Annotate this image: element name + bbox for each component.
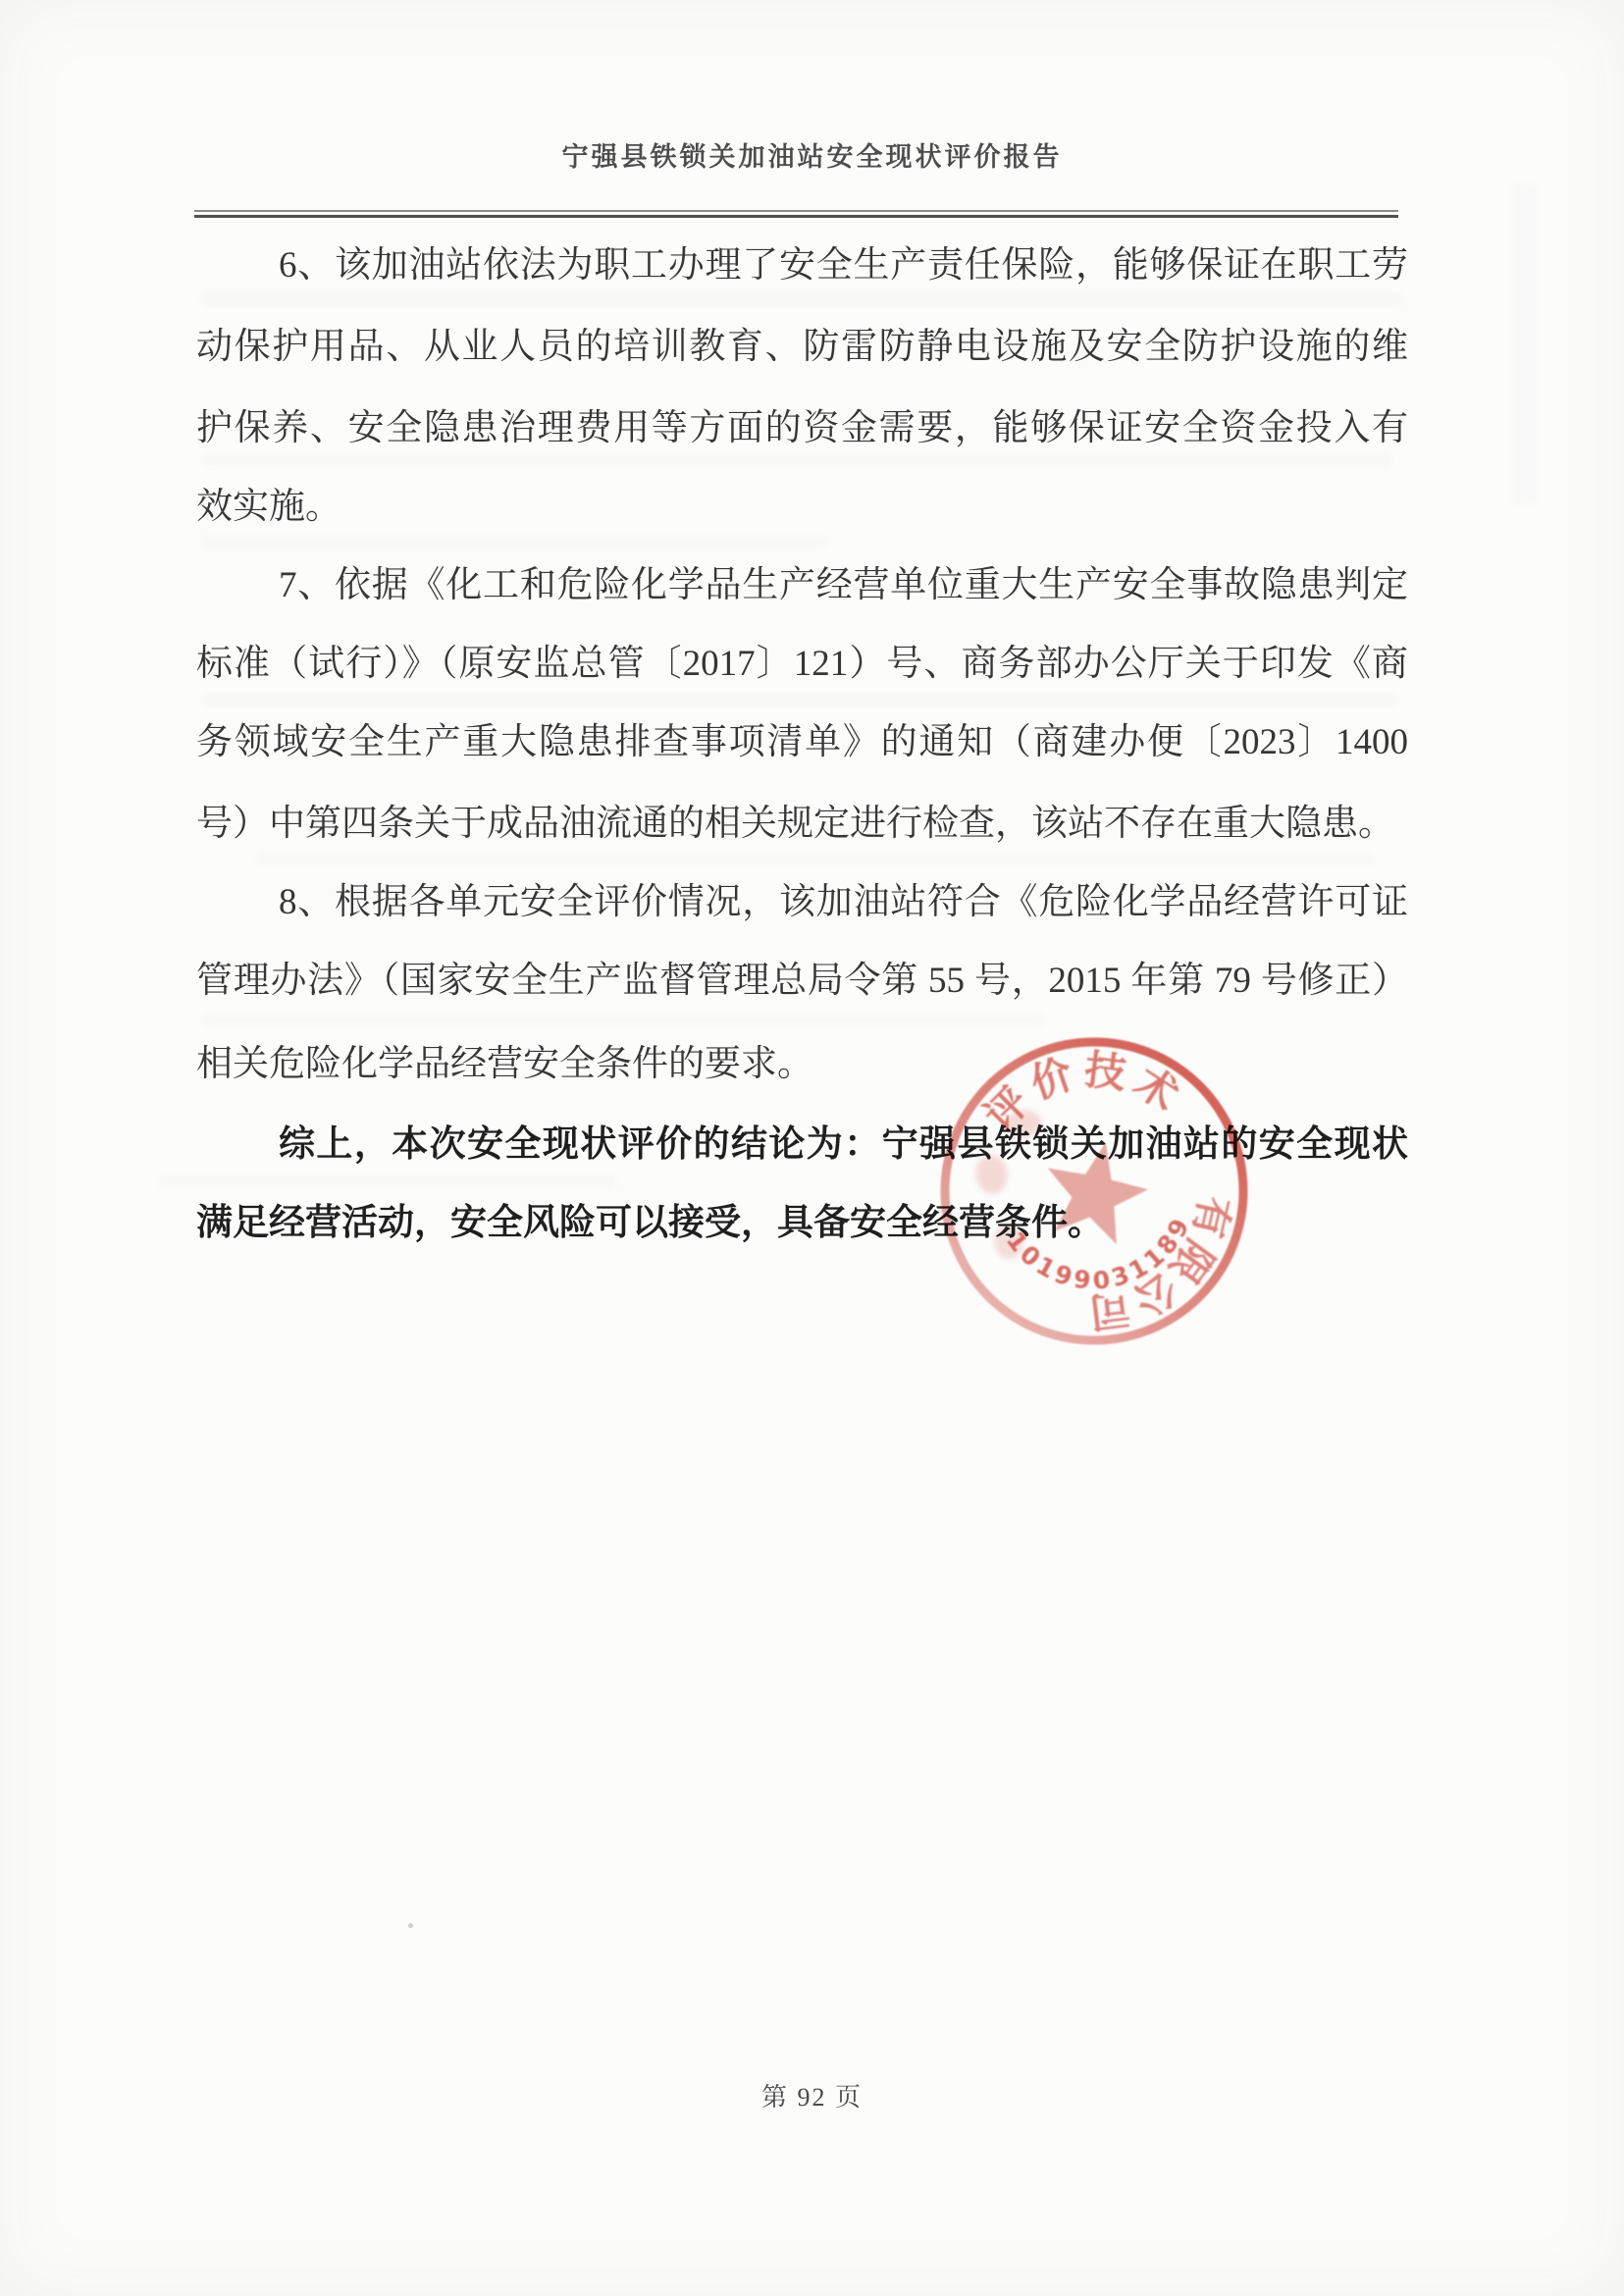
- page-header-title: 宁强县铁锁关加油站安全现状评价报告: [0, 135, 1624, 179]
- paragraph-line: 6、该加油站依法为职工办理了安全生产责任保险，能够保证在职工劳: [196, 227, 1408, 305]
- paragraph-line: 管理办法》（国家安全生产监督管理总局令第 55 号，2015 年第 79 号修正…: [196, 942, 1408, 1020]
- paragraph-line: 效实施。: [196, 468, 1408, 547]
- conclusion-line: 满足经营活动，安全风险可以接受，具备安全经营条件。: [196, 1184, 1408, 1263]
- paragraph-line: 相关危险化学品经营安全条件的要求。: [196, 1025, 1408, 1104]
- page-number: 第 92 页: [0, 2078, 1624, 2117]
- paragraph-line: 号）中第四条关于成品油流通的相关规定进行检查，该站不存在重大隐患。: [196, 785, 1408, 863]
- scan-artifact: [1511, 183, 1539, 506]
- scan-artifact: [408, 1923, 413, 1928]
- paragraph-line: 动保护用品、从业人员的培训教育、防雷防静电设施及安全防护设施的维: [196, 308, 1408, 387]
- paragraph-line: 8、根据各单元安全评价情况，该加油站符合《危险化学品经营许可证: [196, 863, 1408, 942]
- conclusion-line: 综上，本次安全现状评价的结论为：宁强县铁锁关加油站的安全现状: [196, 1106, 1408, 1184]
- header-rule: [194, 210, 1398, 218]
- paragraph-line: 7、依据《化工和危险化学品生产经营单位重大生产安全事故隐患判定: [196, 547, 1408, 625]
- paragraph-line: 标准（试行）》（原安监总管〔2017〕121）号、商务部办公厅关于印发《商: [196, 625, 1408, 704]
- report-page: 宁强县铁锁关加油站安全现状评价报告 6、该加油站依法为职工办理了安全生产责任保险…: [0, 0, 1624, 2296]
- paragraph-line: 护保养、安全隐患治理费用等方面的资金需要，能够保证安全资金投入有: [196, 390, 1408, 468]
- paragraph-line: 务领域安全生产重大隐患排查事项清单》的通知（商建办便〔2023〕1400: [196, 704, 1408, 782]
